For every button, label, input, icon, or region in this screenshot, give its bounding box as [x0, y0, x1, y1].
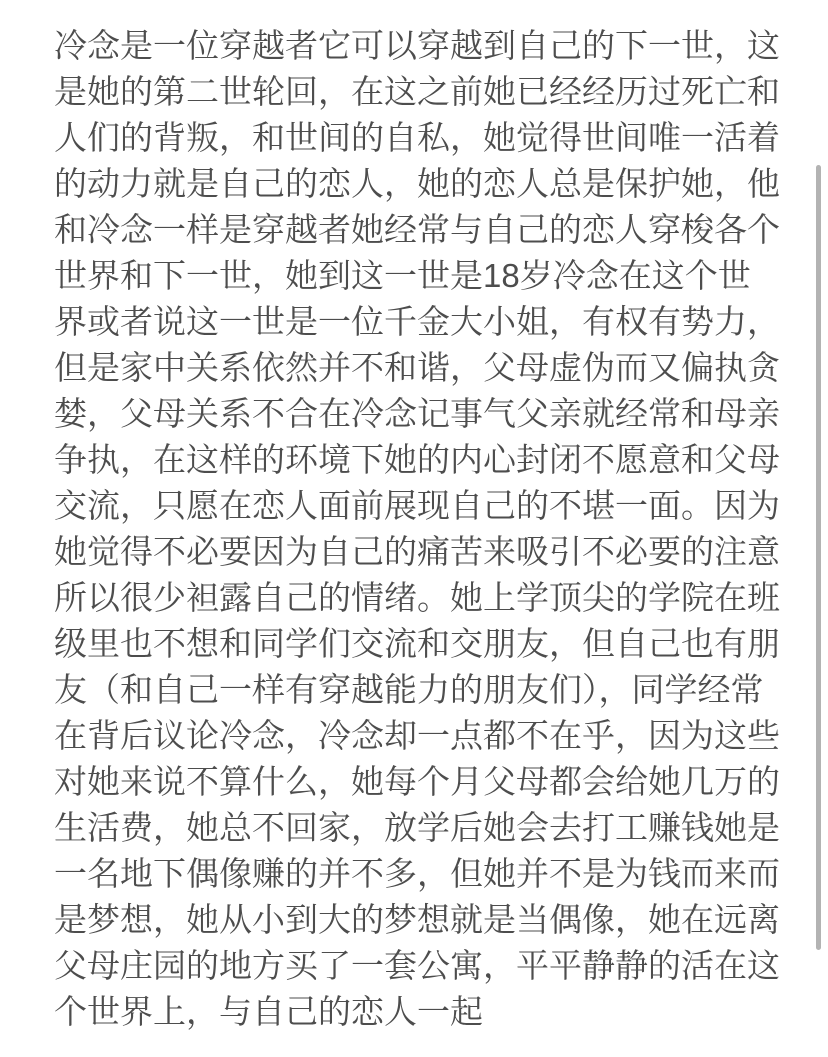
- story-text: 冷念是一位穿越者它可以穿越到自己的下一世，这 是她的第二世轮回，在这之前她已经经…: [54, 23, 784, 1035]
- text-line: 世界和下一世，她到这一世是18岁冷念在这个世: [54, 253, 784, 299]
- text-view-page: 冷念是一位穿越者它可以穿越到自己的下一世，这 是她的第二世轮回，在这之前她已经经…: [0, 0, 828, 1057]
- text-line: 在背后议论冷念，冷念却一点都不在乎，因为这些: [54, 713, 784, 759]
- text-line: 她觉得不必要因为自己的痛苦来吸引不必要的注意: [54, 529, 784, 575]
- text-line: 界或者说这一世是一位千金大小姐，有权有势力，: [54, 299, 784, 345]
- text-line: 对她来说不算什么，她每个月父母都会给她几万的: [54, 759, 784, 805]
- text-line: 一名地下偶像赚的并不多，但她并不是为钱而来而: [54, 851, 784, 897]
- text-line: 的动力就是自己的恋人，她的恋人总是保护她，他: [54, 161, 784, 207]
- text-line: 级里也不想和同学们交流和交朋友，但自己也有朋: [54, 621, 784, 667]
- text-line: 是她的第二世轮回，在这之前她已经经历过死亡和: [54, 69, 784, 115]
- text-line: 个世界上，与自己的恋人一起: [54, 989, 784, 1035]
- text-line: 婪，父母关系不合在冷念记事气父亲就经常和母亲: [54, 391, 784, 437]
- text-line: 争执，在这样的环境下她的内心封闭不愿意和父母: [54, 437, 784, 483]
- text-line: 人们的背叛，和世间的自私，她觉得世间唯一活着: [54, 115, 784, 161]
- text-line: 生活费，她总不回家，放学后她会去打工赚钱她是: [54, 805, 784, 851]
- text-line: 交流，只愿在恋人面前展现自己的不堪一面。因为: [54, 483, 784, 529]
- text-line: 父母庄园的地方买了一套公寓，平平静静的活在这: [54, 943, 784, 989]
- text-line: 冷念是一位穿越者它可以穿越到自己的下一世，这: [54, 23, 784, 69]
- scrollbar-thumb[interactable]: [816, 165, 821, 950]
- text-line: 但是家中关系依然并不和谐，父母虚伪而又偏执贪: [54, 345, 784, 391]
- text-line: 友（和自己一样有穿越能力的朋友们），同学经常: [54, 667, 784, 713]
- text-line: 和冷念一样是穿越者她经常与自己的恋人穿梭各个: [54, 207, 784, 253]
- text-line: 所以很少袒露自己的情绪。她上学顶尖的学院在班: [54, 575, 784, 621]
- text-line: 是梦想，她从小到大的梦想就是当偶像，她在远离: [54, 897, 784, 943]
